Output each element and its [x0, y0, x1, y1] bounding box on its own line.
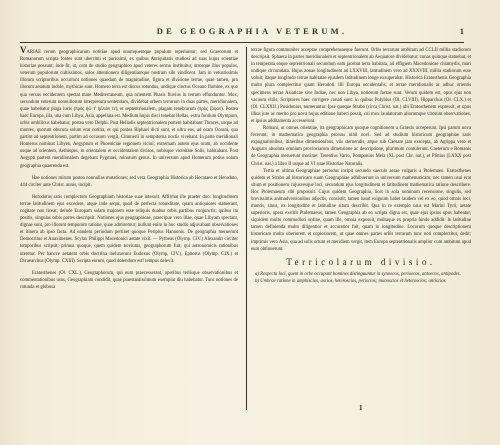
right-column: terrae figura communiter acceptae compre… — [246, 47, 471, 410]
left-column: VARIAE rerum geographicarum notitiae apu… — [20, 47, 238, 291]
paragraph: Eratosthenes (Ol. CXL.), Geographorum, q… — [20, 270, 238, 291]
header-rule — [20, 42, 464, 43]
section-title: Terricolarum divisio. — [251, 259, 471, 266]
list-marker: a) — [255, 272, 259, 277]
list-text: Umbrae ratione in amphiscios, ascios, he… — [260, 279, 446, 284]
paragraph: VARIAE rerum geographicarum notitiae apu… — [20, 47, 238, 170]
signature-mark: 1 — [359, 404, 363, 412]
list-item: a) Respectu loci, quem in orbe occupant … — [251, 271, 471, 278]
paragraph: terrae figura communiter acceptae compre… — [251, 47, 471, 125]
paragraph: Romani, ut omnes orientiae, ita geograph… — [251, 125, 471, 168]
paragraph-text: ARIAE rerum geographicarum notitiae apud… — [20, 50, 238, 169]
list-marker: b) — [255, 279, 259, 284]
page-header: DE GEOGRAPHIA VETERUM. 1 — [14, 26, 490, 38]
list-text: Respectu loci, quem in orbe occupant hom… — [260, 272, 461, 277]
list-item: b) Umbrae ratione in amphiscios, ascios,… — [251, 278, 471, 285]
paragraph: Herodotus satis complectum Geographiam h… — [20, 194, 238, 265]
paragraph: Hae notiones mirum postea nonnullas muta… — [20, 175, 238, 189]
page-number: 1 — [460, 26, 464, 36]
running-head: DE GEOGRAPHIA VETERUM. — [14, 26, 490, 36]
paragraph: Tertia et ultima Geographiae periodus in… — [251, 168, 471, 253]
